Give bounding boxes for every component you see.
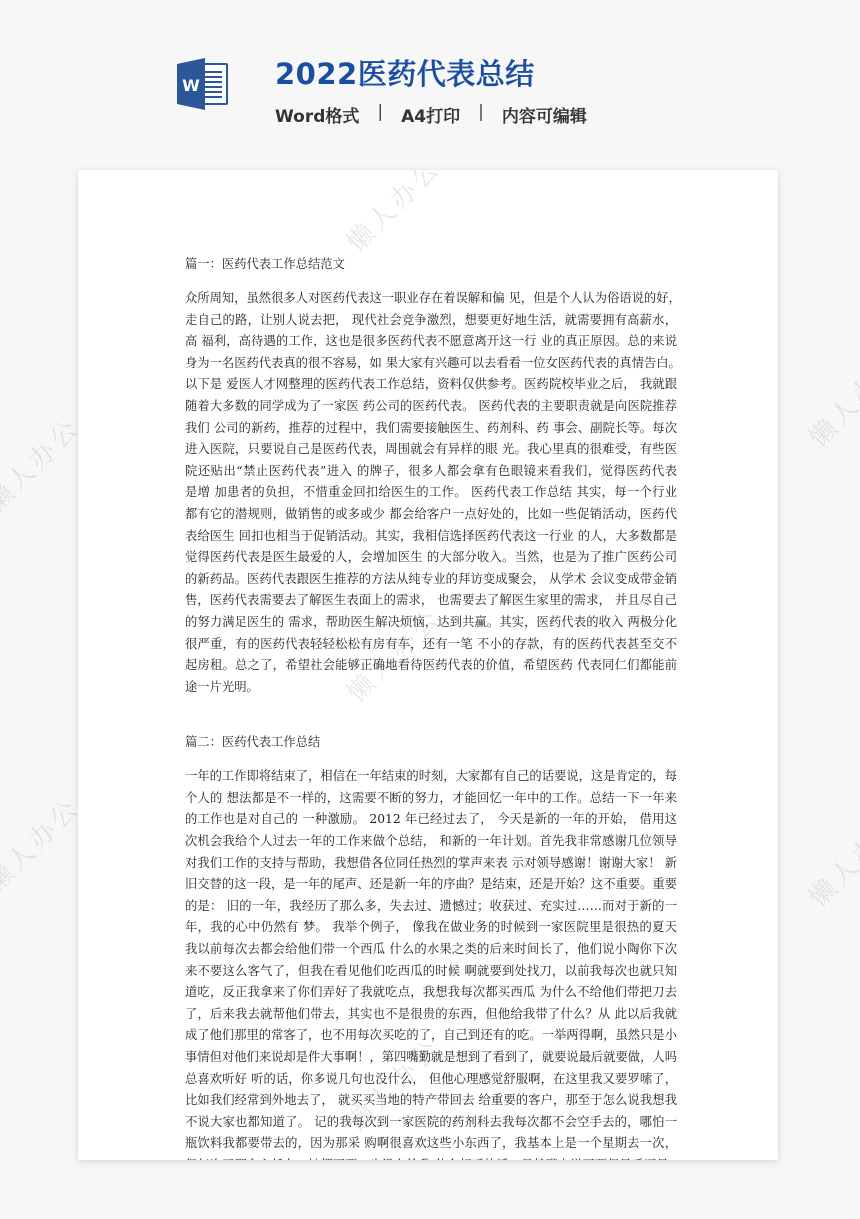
svg-text:W: W (182, 76, 200, 95)
text-line: 年，我的心中仍然有 梦。 我举个例子， 像我在做业务的时候到一家医院里是很热的夏… (185, 917, 677, 939)
text-line: 不说大家也都知道了。 记的我每次到一家医院的药剂科去我每次都不会空手去的，哪怕一 (185, 1112, 677, 1134)
word-document-icon: W (175, 58, 231, 110)
text-line: 道吃，反正我拿来了你们弄好了我就吃点，我想我每次都买西瓜 为什么不给他们带把刀去 (185, 982, 677, 1004)
watermark: 懒人办公 (0, 788, 88, 899)
text-line: 起房租。总之了，希望社会能够正确地看待医药代表的价值，希望医药 代表同仁们都能前 (185, 655, 677, 677)
section-1-paragraph: 众所周知，虽然很多人对医药代表这一职业存在着误解和偏 见，但是个人认为俗语说的好… (185, 288, 677, 698)
section-heading-1: 篇一：医药代表工作总结范文 (185, 252, 677, 276)
text-line: 售，医药代表需要去了解医生表面上的需求， 也需要去了解医生家里的需求， 并且尽自… (185, 590, 677, 612)
feature-editable: 内容可编辑 (502, 102, 587, 127)
feature-a4-print: A4打印 (401, 102, 460, 127)
text-line: 都有它的潜规则，做销售的或多或少 都会给客户一点好处的，比如一些促销活动，医药代 (185, 504, 677, 526)
text-line: 来不要这么客气了，但我在看见他们吃西瓜的时候 啊就要到处找刀，以前我每次也就只知 (185, 961, 677, 983)
text-line: 觉得医药代表是医生最爱的人，会增加医生 的大部分收入。当然，也是为了推广医药公司 (185, 547, 677, 569)
text-line: 的努力满足医生的 需求，帮助医生解决烦恼，达到共赢。其实，医药代表的收入 两极分… (185, 612, 677, 634)
document-title: 2022医药代表总结 (275, 52, 535, 93)
section-heading-2: 篇二：医药代表工作总结 (185, 730, 677, 754)
text-line: 身为一名医药代表真的很不容易，如 果大家有兴趣可以去看看一位女医药代表的真情告白… (185, 353, 677, 375)
text-line: 对我们工作的支持与帮助，我想借各位同任热烈的掌声来表 示对领导感谢！谢谢大家！ … (185, 853, 677, 875)
text-line: 事情但对他们来说却是件大事啊！，第四嘴勤就是想到了看到了，就要说最后就要做，人吗 (185, 1047, 677, 1069)
text-line: 随着大多数的同学成为了一家医 药公司的医药代表。 医药代表的主要职责就是向医院推… (185, 396, 677, 418)
text-line: 以下是 爱医人才网整理的医药代表工作总结，资料仅供参考。医药院校毕业之后， 我就… (185, 374, 677, 396)
text-line: 的新药品。医药代表跟医生推荐的方法从纯专业的拜访变成聚会， 从学术 会议变成带金… (185, 569, 677, 591)
watermark: 懒人办公 (799, 343, 860, 454)
document-header: W 2022医药代表总结 Word格式 | A4打印 | 内容可编辑 (0, 0, 860, 160)
text-line: 我以前每次去都会给他们带一个西瓜 什么的水果之类的后来时间长了，他们说小陶你下次 (185, 939, 677, 961)
feature-word-format: Word格式 (275, 102, 359, 127)
text-line: 很严重，有的医药代表轻轻松松有房有车，还有一笔 不小的存款，有的医药代表甚至交不 (185, 634, 677, 656)
text-line: 院还贴出“禁止医药代表”进入 的牌子，很多人都会拿有色眼镜来看我们，觉得医药代表 (185, 461, 677, 483)
document-body: 篇一：医药代表工作总结范文 众所周知，虽然很多人对医药代表这一职业存在着误解和偏… (185, 252, 677, 1160)
section-2-paragraph: 一年的工作即将结束了，相信在一年结束的时刻，大家都有自己的话要说，这是肯定的，每… (185, 766, 677, 1160)
text-line: 比如我们经常到外地去了， 就买买当地的特产带回去 给重要的客户，那至于怎么说我想… (185, 1090, 677, 1112)
text-line: 的工作也是对自己的 一种激励。 2012 年已经过去了， 今天是新的一年的开始，… (185, 809, 677, 831)
text-line: 个人的 想法都是不一样的，这需要不断的努力，才能回忆一年中的工作。总结一下一年来 (185, 788, 677, 810)
text-line: 了，后来我去就帮他们带去，其实也不是很贵的东西，但他给我带了什么？从 此以后我就 (185, 1004, 677, 1026)
text-line: 我们 公司的新药，推荐的过程中，我们需要接触医生、药剂科、药 事会、副院长等。每… (185, 418, 677, 440)
text-line: 总喜欢听好 听的话，你多说几句也没什么， 但他心理感觉舒服啊，在这里我又要罗嗦了… (185, 1069, 677, 1091)
watermark: 懒人办公 (337, 170, 448, 259)
text-line: 走自己的路，让别人说去把， 现代社会竞争激烈，想要更好地生活，就需要拥有高薪水， (185, 310, 677, 332)
text-line: 旧交替的这一段，是一年的尾声、还是新一年的序曲？是结束，还是开始？这不重要。重要 (185, 874, 677, 896)
separator: | (478, 102, 484, 127)
text-line: 表给医生 回扣也相当于促销活动。其实，我相信选择医药代表这一行业 的人，大多数都… (185, 526, 677, 548)
text-line: 瓶饮料我都要带去的，因为那采 购啊很喜欢这些小东西了，我基本上是一个星期去一次， (185, 1133, 677, 1155)
text-line: 一年的工作即将结束了，相信在一年结束的时刻，大家都有自己的话要说，这是肯定的，每 (185, 766, 677, 788)
text-line: 途一片光明。 (185, 677, 677, 699)
feature-list: Word格式 | A4打印 | 内容可编辑 (275, 102, 587, 127)
text-line: 是增 加患者的负担，不惜重金回扣给医生的工作。 医药代表工作总结 其实，每一个行… (185, 482, 677, 504)
text-line: 次机会我给个人过去一年的工作来做个总结， 和新的一年计划。首先我非常感谢几位领导 (185, 831, 677, 853)
separator: | (377, 102, 383, 127)
watermark: 懒人办公 (0, 408, 88, 519)
text-line: 成了他们那里的常客了，也不用每次买吃的了，自己到还有的吃。一举两得啊，虽然只是小 (185, 1025, 677, 1047)
text-line: 进入医院，只要说自己是医药代表，周围就会有异样的眼 光。我心里真的很难受，有些医 (185, 439, 677, 461)
text-line: 的是： 旧的一年，我经历了那么多，失去过、遗憾过；收获过、充实过……而对于新的一 (185, 896, 677, 918)
text-line: 但每次了那个主任在，她都不要，也没有给我 什么好听的话。虽然嘴上说不要但最后还是 (185, 1155, 677, 1160)
watermark: 懒人办公 (799, 803, 860, 914)
document-page: 懒人办公 懒人办公 懒人办公 篇一：医药代表工作总结范文 众所周知，虽然很多人对… (78, 170, 778, 1160)
text-line: 众所周知，虽然很多人对医药代表这一职业存在着误解和偏 见，但是个人认为俗语说的好… (185, 288, 677, 310)
text-line: 高 福利，高待遇的工作，这也是很多医药代表不愿意离开这一行 业的真正原因。总的来… (185, 331, 677, 353)
